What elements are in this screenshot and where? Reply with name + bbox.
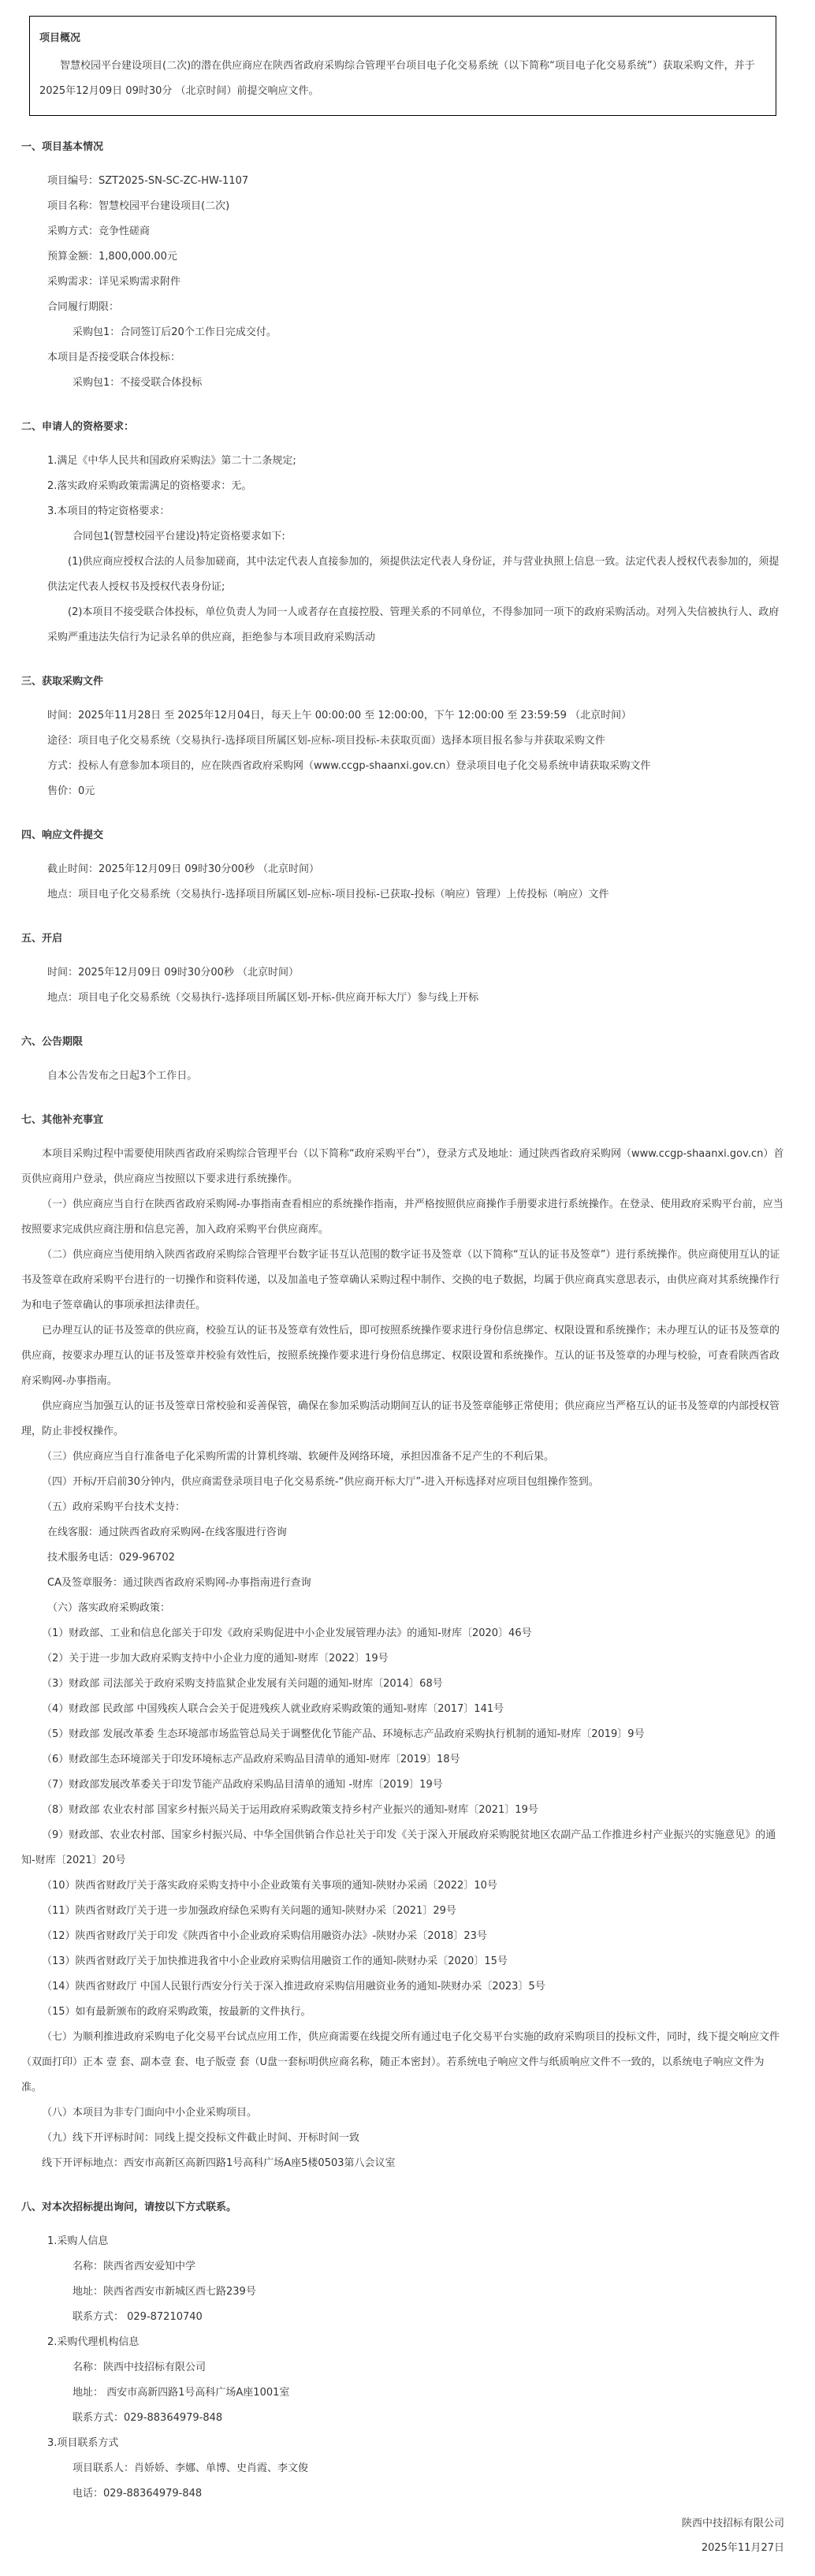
announcement-period-text: 自本公告发布之日起3个工作日。 (21, 1064, 784, 1089)
policy-item: （2）关于进一步加大政府采购支持中小企业力度的通知-财库〔2022〕19号 (21, 1646, 784, 1672)
contract-period-pkg: 采购包1：合同签订后20个工作日完成交付。 (21, 320, 784, 345)
matter-1: （一）供应商应当自行在陕西省政府采购网-办事指南查看相应的系统操作指南，并严格按… (21, 1192, 784, 1243)
procurement-requirement: 采购需求：详见采购需求附件 (21, 270, 784, 295)
contract-period-label: 合同履行期限： (21, 295, 784, 320)
policy-item: （11）陕西省财政厅关于进一步加强政府绿色采购有关问题的通知-陕财办采〔2021… (21, 1899, 784, 1924)
submission-location: 地点：项目电子化交易系统（交易执行-选择项目所属区划-应标-项目投标-已获取-投… (21, 882, 784, 908)
section-title: 四、响应文件提交 (21, 828, 784, 844)
section-title: 六、公告期限 (21, 1035, 784, 1050)
announcement-page: 项目概况 智慧校园平台建设项目(二次)的潜在供应商应在陕西省政府采购综合管理平台… (0, 0, 815, 2576)
section-title: 五、开启 (21, 931, 784, 947)
section-title: 三、获取采购文件 (21, 674, 784, 690)
matter-8: （八）本项目为非专门面向中小企业采购项目。 (21, 2101, 784, 2126)
policy-item: （12）陕西省财政厅关于印发《陕西省中小企业政府采购信用融资办法》-陕财办采〔2… (21, 1924, 784, 1949)
section-submission: 四、响应文件提交 截止时间：2025年12月09日 09时30分00秒 （北京时… (0, 828, 815, 908)
summary-text: 智慧校园平台建设项目(二次)的潜在供应商应在陕西省政府采购综合管理平台项目电子化… (39, 54, 766, 104)
qualification-item: 2.落实政府采购政策需满足的资格要求：无。 (21, 474, 784, 499)
budget-amount: 预算金额：1,800,000.00元 (21, 244, 784, 270)
document-price: 售价：0元 (21, 779, 784, 804)
package-qualification-title: 合同包1(智慧校园平台建设)特定资格要求如下: (21, 524, 784, 550)
qualification-item: 1.满足《中华人民共和国政府采购法》第二十二条规定; (21, 449, 784, 474)
policy-item: （15）如有最新颁布的政府采购政策，按最新的文件执行。 (21, 2000, 784, 2025)
matter-4: （四）开标/开启前30分钟内，供应商需登录项目电子化交易系统-“供应商开标大厅”… (21, 1470, 784, 1495)
obtain-route: 途径：项目电子化交易系统（交易执行-选择项目所属区划-应标-项目投标-未获取页面… (21, 729, 784, 754)
qualification-requirement: (1)供应商应授权合法的人员参加磋商，其中法定代表人直接参加的，须提供法定代表人… (21, 550, 784, 600)
matter-2: （二）供应商应当使用纳入陕西省政府采购综合管理平台数字证书互认范围的数字证书及签… (21, 1243, 784, 1318)
project-number: 项目编号：SZT2025-SN-SC-ZC-HW-1107 (21, 169, 784, 194)
policy-item: （14）陕西省财政厅 中国人民银行西安分行关于深入推进政府采购信用融资业务的通知… (21, 1974, 784, 2000)
agency-phone: 联系方式：029-88364979-848 (21, 2406, 784, 2431)
matter-2c: 供应商应当加强互认的证书及签章日常校验和妥善保管，确保在参加采购活动期间互认的证… (21, 1394, 784, 1445)
policy-item: （10）陕西省财政厅关于落实政府采购支持中小企业政策有关事项的通知-陕财办采函〔… (21, 1873, 784, 1899)
section-other-matters: 七、其他补充事宜 本项目采购过程中需要使用陕西省政府采购综合管理平台（以下简称“… (0, 1113, 815, 2176)
project-contacts: 项目联系人：肖娇娇、李娜、单博、史肖霞、李文俊 (21, 2456, 784, 2481)
buyer-name: 名称：陕西省西安爱知中学 (21, 2254, 784, 2280)
policy-item: （6）财政部生态环境部关于印发环境标志产品政府采购品目清单的通知-财库〔2019… (21, 1747, 784, 1773)
footer-company: 陕西中技招标有限公司 (0, 2511, 784, 2536)
policy-item: （7）财政部发展改革委关于印发节能产品政府采购品目清单的通知 -财库〔2019〕… (21, 1773, 784, 1798)
joint-bid-label: 本项目是否接受联合体投标： (21, 345, 784, 371)
section-title: 二、申请人的资格要求： (21, 419, 784, 435)
footer-date: 2025年11月27日 (0, 2536, 784, 2560)
buyer-address: 地址：陕西省西安市新城区西七路239号 (21, 2280, 784, 2305)
section-title: 一、项目基本情况 (21, 140, 784, 155)
section-title: 七、其他补充事宜 (21, 1113, 784, 1128)
matter-9: （九）线下开评标时间：同线上提交投标文件截止时间、开标时间一致 (21, 2126, 784, 2151)
project-contact-title: 3.项目联系方式 (21, 2431, 784, 2456)
policy-item: （13）陕西省财政厅关于加快推进我省中小企业政府采购信用融资工作的通知-陕财办采… (21, 1949, 784, 1974)
procurement-method: 采购方式：竞争性磋商 (21, 219, 784, 244)
buyer-phone: 联系方式： 029-87210740 (21, 2305, 784, 2330)
agency-name: 名称：陕西中技招标有限公司 (21, 2355, 784, 2380)
matter-3: （三）供应商应当自行准备电子化采购所需的计算机终端、软硬件及网络环境，承担因准备… (21, 1445, 784, 1470)
matter-5: （五）政府采购平台技术支持： (21, 1495, 784, 1520)
project-summary-box: 项目概况 智慧校园平台建设项目(二次)的潜在供应商应在陕西省政府采购综合管理平台… (29, 16, 776, 116)
matter-2b: 已办理互认的证书及签章的供应商，校验互认的证书及签章有效性后，即可按照系统操作要… (21, 1318, 784, 1394)
agency-address: 地址： 西安市高新四路1号高科广场A座1001室 (21, 2380, 784, 2406)
section-qualifications: 二、申请人的资格要求： 1.满足《中华人民共和国政府采购法》第二十二条规定; 2… (0, 419, 815, 651)
support-online: 在线客服：通过陕西省政府采购网-在线客服进行咨询 (21, 1520, 784, 1545)
obtain-time: 时间：2025年11月28日 至 2025年12月04日，每天上午 00:00:… (21, 703, 784, 729)
project-phone: 电话：029-88364979-848 (21, 2481, 784, 2507)
policy-item: （9）财政部、农业农村部、国家乡村振兴局、中华全国供销合作总社关于印发《关于深入… (21, 1823, 784, 1873)
support-phone: 技术服务电话：029-96702 (21, 1545, 784, 1571)
buyer-title: 1.采购人信息 (21, 2229, 784, 2254)
section-contact: 八、对本次招标提出询问，请按以下方式联系。 1.采购人信息 名称：陕西省西安爱知… (0, 2200, 815, 2507)
section-opening: 五、开启 时间：2025年12月09日 09时30分00秒 （北京时间） 地点：… (0, 931, 815, 1011)
summary-title: 项目概况 (39, 30, 766, 47)
opening-location: 地点：项目电子化交易系统（交易执行-选择项目所属区划-开标-供应商开标大厅）参与… (21, 986, 784, 1011)
submission-deadline: 截止时间：2025年12月09日 09时30分00秒 （北京时间） (21, 857, 784, 882)
matter-6: （六）落实政府采购政策： (21, 1596, 784, 1621)
agency-title: 2.采购代理机构信息 (21, 2330, 784, 2355)
section-announcement-period: 六、公告期限 自本公告发布之日起3个工作日。 (0, 1035, 815, 1089)
section-title: 八、对本次招标提出询问，请按以下方式联系。 (21, 2200, 784, 2216)
section-obtain-documents: 三、获取采购文件 时间：2025年11月28日 至 2025年12月04日，每天… (0, 674, 815, 804)
section-basic-info: 一、项目基本情况 项目编号：SZT2025-SN-SC-ZC-HW-1107 项… (0, 140, 815, 396)
qualification-item: 3.本项目的特定资格要求： (21, 499, 784, 524)
obtain-method: 方式：投标人有意参加本项目的，应在陕西省政府采购网（www.ccgp-shaan… (21, 754, 784, 779)
policy-item: （4）财政部 民政部 中国残疾人联合会关于促进残疾人就业政府采购政策的通知-财库… (21, 1697, 784, 1722)
matter-7: （七）为顺利推进政府采购电子化交易平台试点应用工作，供应商需要在线提交所有通过电… (21, 2025, 784, 2101)
policy-item: （1）财政部、工业和信息化部关于印发《政府采购促进中小企业发展管理办法》的通知-… (21, 1621, 784, 1646)
project-name: 项目名称：智慧校园平台建设项目(二次) (21, 194, 784, 219)
signature-footer: 陕西中技招标有限公司 2025年11月27日 (0, 2511, 815, 2560)
opening-time: 时间：2025年12月09日 09时30分00秒 （北京时间） (21, 960, 784, 986)
platform-intro: 本项目采购过程中需要使用陕西省政府采购综合管理平台（以下简称“政府采购平台”），… (21, 1142, 784, 1192)
offline-location: 线下开评标地点：西安市高新区高新四路1号高科广场A座5楼0503第八会议室 (21, 2151, 784, 2176)
policy-item: （8）财政部 农业农村部 国家乡村振兴局关于运用政府采购政策支持乡村产业振兴的通… (21, 1798, 784, 1823)
policy-item: （3）财政部 司法部关于政府采购支持监狱企业发展有关问题的通知-财库〔2014〕… (21, 1672, 784, 1697)
qualification-requirement: (2)本项目不接受联合体投标，单位负责人为同一人或者存在直接控股、管理关系的不同… (21, 600, 784, 651)
joint-bid-pkg: 采购包1：不接受联合体投标 (21, 371, 784, 396)
support-ca: CA及签章服务：通过陕西省政府采购网-办事指南进行查询 (21, 1571, 784, 1596)
policy-item: （5）财政部 发展改革委 生态环境部市场监管总局关于调整优化节能产品、环境标志产… (21, 1722, 784, 1747)
